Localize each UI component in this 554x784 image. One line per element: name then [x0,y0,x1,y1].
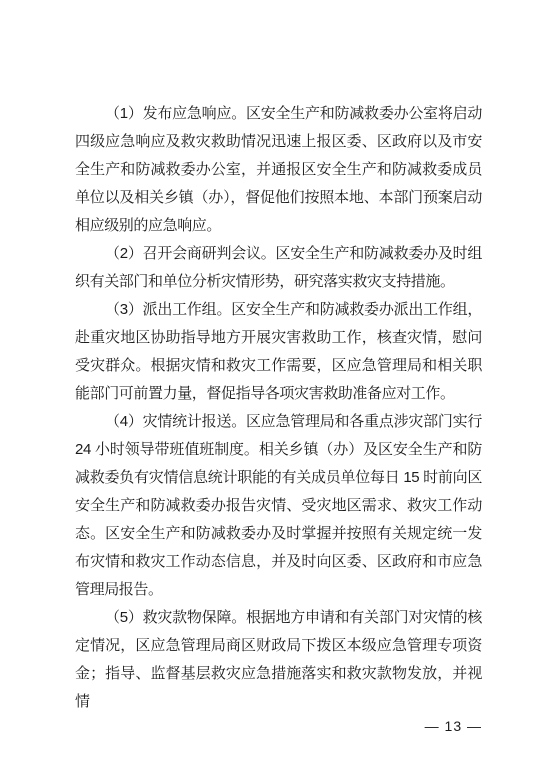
paragraph-5-relief-funds-guarantee: （5）救灾款物保障。根据地方申请和有关部门对灾情的核定情况，区应急管理局商区财政… [75,604,482,716]
paragraph-2-consultation-meeting: （2）召开会商研判会议。区安全生产和防减救委办及时组织有关部门和单位分析灾情形势… [75,240,482,296]
paragraph-4-disaster-statistics-reporting: （4）灾情统计报送。区应急管理局和各重点涉灾部门实行 24 小时领导带班值班制度… [75,408,482,604]
paragraph-1-release-emergency-response: （1）发布应急响应。区安全生产和防减救委办公室将启动四级应急响应及救灾救助情况迅… [75,100,482,240]
document-page: （1）发布应急响应。区安全生产和防减救委办公室将启动四级应急响应及救灾救助情况迅… [0,0,554,784]
page-number: — 13 — [0,716,482,736]
paragraph-3-dispatch-work-group: （3）派出工作组。区安全生产和防减救委办派出工作组，赴重灾地区协助指导地方开展灾… [75,296,482,408]
document-body: （1）发布应急响应。区安全生产和防减救委办公室将启动四级应急响应及救灾救助情况迅… [75,100,482,716]
